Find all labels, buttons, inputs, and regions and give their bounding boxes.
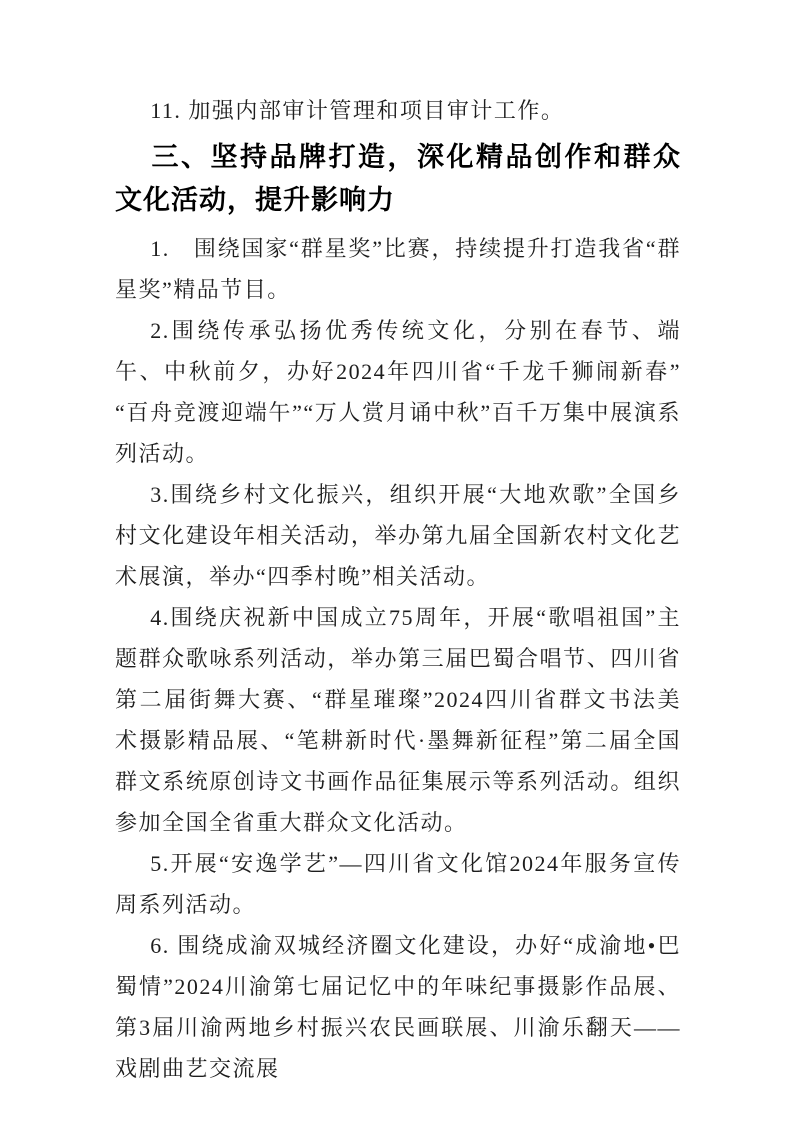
- section-heading-three: 三、坚持品牌打造，深化精品创作和群众文化活动，提升影响力: [115, 136, 681, 222]
- paragraph-item-11: 11. 加强内部审计管理和项目审计工作。: [115, 90, 681, 131]
- document-content: 11. 加强内部审计管理和项目审计工作。 三、坚持品牌打造，深化精品创作和群众文…: [115, 90, 681, 1089]
- paragraph-item-5: 5.开展“安逸学艺”—四川省文化馆2024年服务宣传周系列活动。: [115, 843, 681, 925]
- paragraph-item-1: 1. 围绕国家“群星奖”比赛，持续提升打造我省“群星奖”精品节目。: [115, 228, 681, 310]
- document-page: 11. 加强内部审计管理和项目审计工作。 三、坚持品牌打造，深化精品创作和群众文…: [0, 0, 794, 1123]
- paragraph-item-2: 2.围绕传承弘扬优秀传统文化，分别在春节、端午、中秋前夕，办好2024年四川省“…: [115, 310, 681, 474]
- paragraph-item-3: 3.围绕乡村文化振兴，组织开展“大地欢歌”全国乡村文化建设年相关活动，举办第九届…: [115, 474, 681, 597]
- paragraph-item-6: 6. 围绕成渝双城经济圈文化建设，办好“成渝地•巴蜀情”2024川渝第七届记忆中…: [115, 925, 681, 1089]
- paragraph-item-4: 4.围绕庆祝新中国成立75周年，开展“歌唱祖国”主题群众歌咏系列活动，举办第三届…: [115, 597, 681, 843]
